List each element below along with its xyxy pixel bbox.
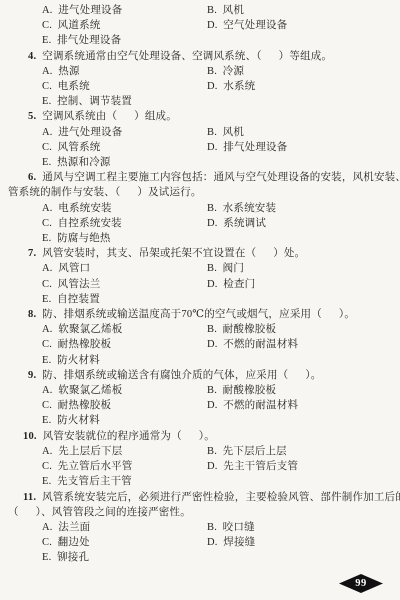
options-row: A. 进气处理设备 B. 风机 xyxy=(8,125,392,140)
question-stem-text: 空调风系统由（ ）组成。 xyxy=(42,111,177,122)
options-row: A. 热源 B. 冷源 xyxy=(8,64,392,79)
option-b: B. 冷源 xyxy=(207,64,244,79)
options-row: A. 电系统安装 B. 水系统安装 xyxy=(8,201,392,216)
option-d: D. 检查门 xyxy=(207,277,255,292)
options-row: A. 风管口 B. 阀门 xyxy=(8,261,392,276)
question-block-11: 11.风管系统安装完后，必须进行严密性检验，主要检验风管、部件制作加工后的 （ … xyxy=(8,490,392,566)
question-stem-text: 风管系统安装完后，必须进行严密性检验，主要检验风管、部件制作加工后的 xyxy=(42,492,400,503)
option-d: D. 焊接缝 xyxy=(207,535,255,550)
option-c: C. 风管系统 xyxy=(42,140,207,155)
option-a: A. 风管口 xyxy=(42,261,207,276)
option-e: E. 防腐与绝热 xyxy=(42,231,111,246)
option-c: C. 耐热橡胶板 xyxy=(42,398,207,413)
options-row: C. 风管法兰 D. 检查门 xyxy=(8,277,392,292)
option-b: B. 耐酸橡胶板 xyxy=(207,322,276,337)
question-number: 7. xyxy=(28,248,36,259)
question-stem: 10.风管安装就位的程序通常为（ ）。 xyxy=(8,429,392,444)
option-e: E. 铆接孔 xyxy=(42,550,89,565)
question-stem-text: 空调系统通常由空气处理设备、空调风系统、（ ）等组成。 xyxy=(42,51,332,62)
option-a: A. 电系统安装 xyxy=(42,201,207,216)
options-row: C. 风管系统 D. 排气处理设备 xyxy=(8,140,392,155)
question-stem-text: 防、排烟系统或输送含有腐蚀介质的气体，应采用（ ）。 xyxy=(42,370,321,381)
option-d: D. 水系统 xyxy=(207,79,255,94)
option-e: E. 排气处理设备 xyxy=(42,33,121,48)
option-c: C. 翻边处 xyxy=(42,535,207,550)
option-c: C. 风道系统 xyxy=(42,18,207,33)
option-e: E. 控制、调节装置 xyxy=(42,94,132,109)
options-row: C. 耐热橡胶板 D. 不燃的耐温材料 xyxy=(8,337,392,352)
options-row: E. 防火材料 xyxy=(8,353,392,368)
question-stem-continued: 管系统的制作与安装、（ ）及试运行。 xyxy=(8,185,392,200)
option-c: C. 先立管后水平管 xyxy=(42,459,207,474)
question-stem: 9.防、排烟系统或输送含有腐蚀介质的气体，应采用（ ）。 xyxy=(8,368,392,383)
question-stem-text: 通风与空调工程主要施工内容包括：通风与空气处理设备的安装，风机安装、风 xyxy=(42,172,400,183)
option-e: E. 先支管后主干管 xyxy=(42,474,132,489)
option-b: B. 风机 xyxy=(207,3,244,18)
option-a: A. 进气处理设备 xyxy=(42,3,207,18)
question-block-7: 7.风管安装时，其支、吊架或托架不宜设置在（ ）处。 A. 风管口 B. 阀门 … xyxy=(8,246,392,307)
option-b: B. 咬口缝 xyxy=(207,520,255,535)
options-row: E. 先支管后主干管 xyxy=(8,474,392,489)
page-number: 99 xyxy=(355,576,367,591)
question-stem-continued: （ ）、风管管段之间的连接严密性。 xyxy=(8,505,392,520)
page-number-badge: 99 xyxy=(339,574,383,593)
question-number: 9. xyxy=(28,370,36,381)
option-a: A. 先上层后下层 xyxy=(42,444,207,459)
option-d: D. 系统调试 xyxy=(207,216,266,231)
options-row: E. 排气处理设备 xyxy=(8,33,392,48)
question-stem: 7.风管安装时，其支、吊架或托架不宜设置在（ ）处。 xyxy=(8,246,392,261)
options-row: E. 热源和冷源 xyxy=(8,155,392,170)
question-number: 5. xyxy=(28,111,36,122)
question-stem: 5.空调风系统由（ ）组成。 xyxy=(8,109,392,124)
option-e: E. 防火材料 xyxy=(42,353,100,368)
option-c: C. 风管法兰 xyxy=(42,277,207,292)
question-number: 10. xyxy=(23,431,37,442)
option-e: E. 自控装置 xyxy=(42,292,100,307)
options-row: A. 软聚氯乙烯板 B. 耐酸橡胶板 xyxy=(8,322,392,337)
option-c: C. 自控系统安装 xyxy=(42,216,207,231)
options-row: A. 先上层后下层 B. 先下层后上层 xyxy=(8,444,392,459)
option-d: D. 空气处理设备 xyxy=(207,18,287,33)
question-number: 4. xyxy=(28,51,36,62)
options-row: E. 防腐与绝热 xyxy=(8,231,392,246)
option-b: B. 水系统安装 xyxy=(207,201,276,216)
question-block-3: A. 进气处理设备 B. 风机 C. 风道系统 D. 空气处理设备 E. 排气处… xyxy=(8,3,392,49)
question-block-6: 6.通风与空调工程主要施工内容包括：通风与空气处理设备的安装，风机安装、风 管系… xyxy=(8,170,392,246)
exam-page: A. 进气处理设备 B. 风机 C. 风道系统 D. 空气处理设备 E. 排气处… xyxy=(0,0,400,600)
question-stem-text: 防、排烟系统或输送温度高于70℃的空气或烟气，应采用（ ）。 xyxy=(42,309,355,320)
option-c: C. 耐热橡胶板 xyxy=(42,337,207,352)
option-c: C. 电系统 xyxy=(42,79,207,94)
option-a: A. 软聚氯乙烯板 xyxy=(42,322,207,337)
question-block-9: 9.防、排烟系统或输送含有腐蚀介质的气体，应采用（ ）。 A. 软聚氯乙烯板 B… xyxy=(8,368,392,429)
options-row: C. 耐热橡胶板 D. 不燃的耐温材料 xyxy=(8,398,392,413)
option-d: D. 不燃的耐温材料 xyxy=(207,337,298,352)
options-row: A. 法兰面 B. 咬口缝 xyxy=(8,520,392,535)
options-row: A. 进气处理设备 B. 风机 xyxy=(8,3,392,18)
question-stem: 6.通风与空调工程主要施工内容包括：通风与空气处理设备的安装，风机安装、风 xyxy=(8,170,392,185)
question-number: 11. xyxy=(23,492,36,503)
option-d: D. 先主干管后支管 xyxy=(207,459,298,474)
options-row: C. 电系统 D. 水系统 xyxy=(8,79,392,94)
option-a: A. 软聚氯乙烯板 xyxy=(42,383,207,398)
option-b: B. 先下层后上层 xyxy=(207,444,287,459)
options-row: E. 控制、调节装置 xyxy=(8,94,392,109)
option-d: D. 排气处理设备 xyxy=(207,140,287,155)
options-row: C. 先立管后水平管 D. 先主干管后支管 xyxy=(8,459,392,474)
question-block-5: 5.空调风系统由（ ）组成。 A. 进气处理设备 B. 风机 C. 风管系统 D… xyxy=(8,109,392,170)
question-stem-text: 风管安装就位的程序通常为（ ）。 xyxy=(43,431,215,442)
option-b: B. 风机 xyxy=(207,125,244,140)
option-b: B. 耐酸橡胶板 xyxy=(207,383,276,398)
option-a: A. 法兰面 xyxy=(42,520,207,535)
options-row: C. 风道系统 D. 空气处理设备 xyxy=(8,18,392,33)
question-block-8: 8.防、排烟系统或输送温度高于70℃的空气或烟气，应采用（ ）。 A. 软聚氯乙… xyxy=(8,307,392,368)
options-row: E. 防火材料 xyxy=(8,413,392,428)
option-e: E. 热源和冷源 xyxy=(42,155,111,170)
question-number: 8. xyxy=(28,309,36,320)
question-stem-text: 风管安装时，其支、吊架或托架不宜设置在（ ）处。 xyxy=(42,248,305,259)
question-block-4: 4.空调系统通常由空气处理设备、空调风系统、（ ）等组成。 A. 热源 B. 冷… xyxy=(8,49,392,110)
option-a: A. 进气处理设备 xyxy=(42,125,207,140)
options-row: C. 翻边处 D. 焊接缝 xyxy=(8,535,392,550)
question-block-10: 10.风管安装就位的程序通常为（ ）。 A. 先上层后下层 B. 先下层后上层 … xyxy=(8,429,392,490)
question-stem: 8.防、排烟系统或输送温度高于70℃的空气或烟气，应采用（ ）。 xyxy=(8,307,392,322)
options-row: E. 铆接孔 xyxy=(8,550,392,565)
option-e: E. 防火材料 xyxy=(42,413,100,428)
options-row: C. 自控系统安装 D. 系统调试 xyxy=(8,216,392,231)
question-number: 6. xyxy=(28,172,36,183)
question-stem: 4.空调系统通常由空气处理设备、空调风系统、（ ）等组成。 xyxy=(8,49,392,64)
option-d: D. 不燃的耐温材料 xyxy=(207,398,298,413)
options-row: A. 软聚氯乙烯板 B. 耐酸橡胶板 xyxy=(8,383,392,398)
question-stem: 11.风管系统安装完后，必须进行严密性检验，主要检验风管、部件制作加工后的 xyxy=(8,490,392,505)
options-row: E. 自控装置 xyxy=(8,292,392,307)
option-b: B. 阀门 xyxy=(207,261,244,276)
option-a: A. 热源 xyxy=(42,64,207,79)
